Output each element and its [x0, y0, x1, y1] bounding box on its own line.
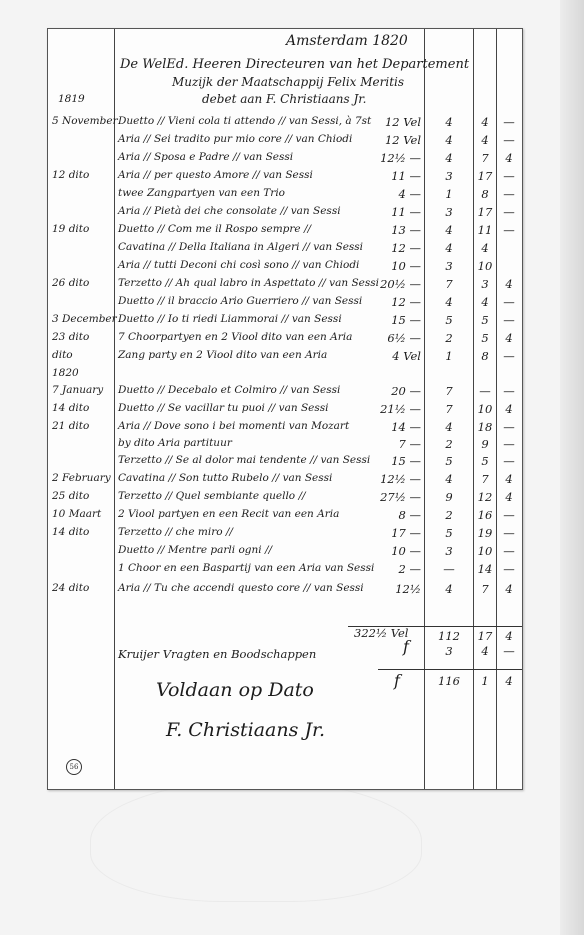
amount-column-rule: [424, 29, 425, 789]
entry-description: Aria // tutti Deconi chi così sono // va…: [118, 259, 359, 271]
entry-date: 24 dito: [52, 582, 89, 594]
entry-stuivers: 5: [474, 454, 496, 468]
entry-penningen: —: [497, 437, 521, 451]
entry-stuivers: 14: [474, 562, 496, 576]
scan-background-edge: [560, 0, 584, 935]
entry-stuivers: 3: [474, 277, 496, 291]
entry-description: Aria // Sei tradito pur mio core // van …: [118, 133, 352, 145]
entry-description: Duetto // Vieni cola ti attendo // van S…: [118, 115, 371, 127]
entry-quantity: 8 —: [363, 508, 421, 522]
entry-penningen: —: [497, 223, 521, 237]
entry-date: 21 dito: [52, 420, 89, 432]
entry-date: 2 February: [52, 472, 111, 484]
entry-description: Zang party en 2 Viool dito van een Aria: [118, 349, 327, 361]
entry-stuivers: 4: [474, 115, 496, 129]
entry-quantity: 13 —: [363, 223, 421, 237]
entry-quantity: 11 —: [363, 205, 421, 219]
entry-stuivers: 7: [474, 472, 496, 486]
entry-description: 2 Viool partyen en een Recit van een Ari…: [118, 508, 339, 520]
entry-guilders: 4: [426, 241, 472, 255]
entry-quantity: 2 —: [363, 562, 421, 576]
grand-total-florin-symbol: f: [394, 671, 400, 690]
entry-guilders: 2: [426, 508, 472, 522]
heading-line-2: Muzijk der Maatschappij Felix Meritis: [172, 75, 404, 89]
entry-stuivers: 18: [474, 420, 496, 434]
entry-penningen: —: [497, 169, 521, 183]
extra-stuivers: 4: [474, 644, 496, 658]
entry-description: Aria // Dove sono i bei momenti van Moza…: [118, 420, 349, 432]
entry-description: Terzetto // Se al dolor mai tendente // …: [118, 454, 370, 466]
entry-date: 10 Maart: [52, 508, 101, 520]
entry-description: by dito Aria partituur: [118, 437, 232, 449]
entry-penningen: —: [497, 526, 521, 540]
entry-quantity: 12 —: [363, 241, 421, 255]
entry-stuivers: 19: [474, 526, 496, 540]
entry-description: Cavatina // Son tutto Rubelo // van Sess…: [118, 472, 332, 484]
entry-quantity: 10 —: [363, 259, 421, 273]
entry-guilders: 4: [426, 472, 472, 486]
entry-stuivers: 9: [474, 437, 496, 451]
entry-stuivers: 16: [474, 508, 496, 522]
entry-penningen: 4: [497, 331, 521, 345]
entry-stuivers: 10: [474, 544, 496, 558]
year-label: 1819: [58, 93, 85, 105]
entry-stuivers: 5: [474, 331, 496, 345]
entry-quantity: 12 Vel: [363, 133, 421, 147]
entry-quantity: 12 —: [363, 295, 421, 309]
entry-penningen: 4: [497, 151, 521, 165]
entry-date: 1820: [52, 367, 79, 379]
entry-date: 5 November: [52, 115, 118, 127]
entry-guilders: 7: [426, 384, 472, 398]
subtotal-stuivers: 17: [474, 629, 496, 643]
entry-description: Aria // Sposa e Padre // van Sessi: [118, 151, 293, 163]
entry-guilders: 1: [426, 187, 472, 201]
entry-guilders: 2: [426, 331, 472, 345]
entry-stuivers: 8: [474, 187, 496, 201]
entry-guilders: 5: [426, 313, 472, 327]
entry-guilders: —: [426, 562, 472, 576]
grand-total-rule: [378, 669, 522, 670]
entry-stuivers: 12: [474, 490, 496, 504]
entry-description: Terzetto // che miro //: [118, 526, 233, 538]
entry-date: 12 dito: [52, 169, 89, 181]
entry-stuivers: 10: [474, 402, 496, 416]
subtotal-penningen: 4: [497, 629, 521, 643]
entry-description: Duetto // Decebalo et Colmiro // van Ses…: [118, 384, 340, 396]
entry-quantity: 14 —: [363, 420, 421, 434]
entry-penningen: —: [497, 508, 521, 522]
place-date: Amsterdam 1820: [286, 33, 408, 49]
entry-guilders: 4: [426, 582, 472, 596]
entry-description: Duetto // il braccio Ario Guerriero // v…: [118, 295, 362, 307]
entry-stuivers: 7: [474, 582, 496, 596]
entry-date: 23 dito: [52, 331, 89, 343]
entry-description: Terzetto // Quel sembiante quello //: [118, 490, 306, 502]
entry-penningen: —: [497, 454, 521, 468]
entry-date: 3 December: [52, 313, 117, 325]
subtotal-guilders: 112: [426, 629, 472, 643]
entry-penningen: 4: [497, 277, 521, 291]
entry-penningen: 4: [497, 582, 521, 596]
entry-stuivers: 11: [474, 223, 496, 237]
entry-guilders: 4: [426, 420, 472, 434]
entry-penningen: —: [497, 384, 521, 398]
entry-guilders: 4: [426, 295, 472, 309]
hand-shadow: [90, 780, 422, 902]
date-column-rule: [114, 29, 115, 789]
entry-stuivers: 17: [474, 205, 496, 219]
entry-quantity: 12 Vel: [363, 115, 421, 129]
entry-description: 7 Choorpartyen en 2 Viool dito van een A…: [118, 331, 352, 343]
entry-description: Terzetto // Ah qual labro in Aspettato /…: [118, 277, 379, 289]
entry-quantity: 4 Vel: [363, 349, 421, 363]
extra-description: Kruijer Vragten en Boodschappen: [118, 647, 316, 661]
entry-penningen: —: [497, 544, 521, 558]
entry-penningen: —: [497, 115, 521, 129]
entry-guilders: 7: [426, 277, 472, 291]
entry-stuivers: 5: [474, 313, 496, 327]
entry-guilders: 5: [426, 526, 472, 540]
entry-date: 14 dito: [52, 402, 89, 414]
entry-date: dito: [52, 349, 73, 361]
entry-guilders: 4: [426, 133, 472, 147]
entry-penningen: —: [497, 295, 521, 309]
entry-quantity: 12½ —: [363, 151, 421, 165]
entry-date: 25 dito: [52, 490, 89, 502]
entry-quantity: 7 —: [363, 437, 421, 451]
entry-quantity: 21½ —: [363, 402, 421, 416]
entry-guilders: 3: [426, 169, 472, 183]
entry-quantity: 20 —: [363, 384, 421, 398]
entry-description: Aria // per questo Amore // van Sessi: [118, 169, 313, 181]
entry-date: 19 dito: [52, 223, 89, 235]
entry-penningen: —: [497, 349, 521, 363]
entry-guilders: 9: [426, 490, 472, 504]
receipt-signature: F. Christiaans Jr.: [166, 719, 325, 741]
entry-penningen: 4: [497, 490, 521, 504]
entry-stuivers: 8: [474, 349, 496, 363]
entry-description: Cavatina // Della Italiana in Algeri // …: [118, 241, 363, 253]
entry-guilders: 7: [426, 402, 472, 416]
entry-quantity: 15 —: [363, 313, 421, 327]
total-quantity: 322½ Vel: [354, 626, 409, 640]
extra-penningen: —: [497, 644, 521, 658]
entry-guilders: 5: [426, 454, 472, 468]
heading-line-1: De WelEd. Heeren Directeuren van het Dep…: [120, 57, 469, 72]
entry-stuivers: 7: [474, 151, 496, 165]
entry-description: 1 Choor en een Baspartij van een Aria va…: [118, 562, 374, 574]
entry-description: Duetto // Mentre parli ogni //: [118, 544, 272, 556]
grand-total-guilders: 116: [426, 674, 472, 688]
entry-stuivers: 17: [474, 169, 496, 183]
entry-quantity: 11 —: [363, 169, 421, 183]
entry-penningen: 4: [497, 402, 521, 416]
entry-penningen: —: [497, 187, 521, 201]
entry-quantity: 4 —: [363, 187, 421, 201]
entry-description: Duetto // Com me il Rospo sempre //: [118, 223, 311, 235]
entry-description: twee Zangpartyen van een Trio: [118, 187, 285, 199]
entry-quantity: 27½ —: [363, 490, 421, 504]
entry-guilders: 3: [426, 259, 472, 273]
entry-stuivers: —: [474, 384, 496, 398]
entry-quantity: 10 —: [363, 544, 421, 558]
entry-stuivers: 4: [474, 241, 496, 255]
entry-guilders: 3: [426, 544, 472, 558]
grand-total-penningen: 4: [497, 674, 521, 688]
entry-penningen: —: [497, 420, 521, 434]
page-number-stamp: 56: [66, 759, 82, 775]
entry-quantity: 12½: [363, 582, 421, 596]
entry-quantity: 17 —: [363, 526, 421, 540]
entry-quantity: 20½ —: [363, 277, 421, 291]
subtotal-florin-symbol: f: [403, 637, 409, 656]
entry-stuivers: 10: [474, 259, 496, 273]
entry-date: 26 dito: [52, 277, 89, 289]
entry-penningen: —: [497, 133, 521, 147]
entry-description: Aria // Pietà dei che consolate // van S…: [118, 205, 341, 217]
entry-penningen: 4: [497, 472, 521, 486]
entry-date: 7 January: [52, 384, 103, 396]
entry-stuivers: 4: [474, 133, 496, 147]
entry-date: 14 dito: [52, 526, 89, 538]
receipt-paid-note: Voldaan op Dato: [156, 679, 314, 701]
entry-description: Duetto // Io ti riedi Liammorai // van S…: [118, 313, 342, 325]
grand-total-stuivers: 1: [474, 674, 496, 688]
entry-quantity: 12½ —: [363, 472, 421, 486]
entry-penningen: —: [497, 562, 521, 576]
entry-penningen: —: [497, 205, 521, 219]
entry-guilders: 2: [426, 437, 472, 451]
entry-quantity: 6½ —: [363, 331, 421, 345]
entry-description: Duetto // Se vacillar tu puoi // van Ses…: [118, 402, 328, 414]
entry-guilders: 4: [426, 223, 472, 237]
entry-guilders: 1: [426, 349, 472, 363]
entry-guilders: 4: [426, 115, 472, 129]
entry-guilders: 4: [426, 151, 472, 165]
entry-penningen: —: [497, 313, 521, 327]
extra-guilders: 3: [426, 644, 472, 658]
heading-line-3: debet aan F. Christiaans Jr.: [202, 92, 367, 106]
entry-quantity: 15 —: [363, 454, 421, 468]
entry-description: Aria // Tu che accendi questo core // va…: [118, 582, 364, 594]
entry-guilders: 3: [426, 205, 472, 219]
entry-stuivers: 4: [474, 295, 496, 309]
ledger-page: Amsterdam 1820 De WelEd. Heeren Directeu…: [47, 28, 523, 790]
